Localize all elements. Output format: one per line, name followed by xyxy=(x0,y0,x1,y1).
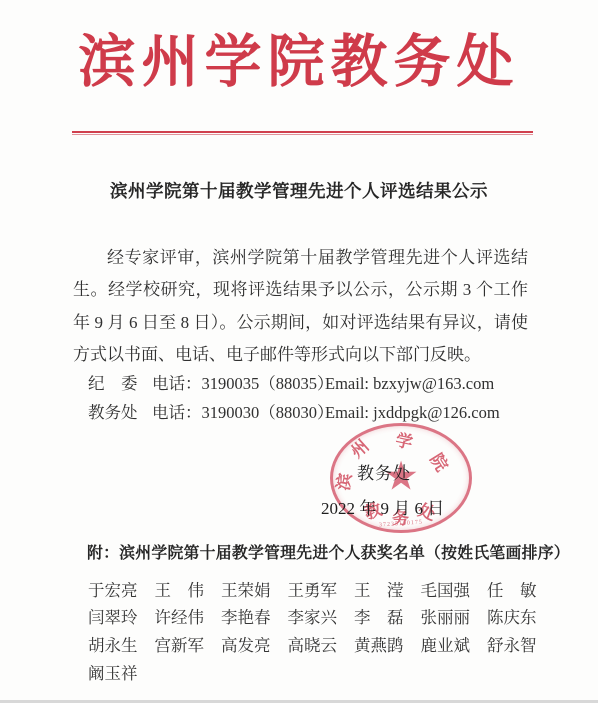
contact-email: Email: jxddpgk@126.com xyxy=(325,403,500,423)
contact-row-academic-affairs: 教务处 电话：3190030（88030） Email: jxddpgk@126… xyxy=(88,399,548,423)
awardee-name: 宫新军 xyxy=(155,632,205,656)
contact-phone: 电话：3190030（88030） xyxy=(152,399,325,423)
awardee-name: 许经伟 xyxy=(155,604,205,628)
awardee-name: 于宏亮 xyxy=(88,577,138,601)
name-row: 于宏亮 王 伟 王荣娟 王勇军 王 滢 毛国强 任 敏 xyxy=(88,575,548,603)
awardee-name: 王荣娟 xyxy=(221,577,271,601)
paragraph-line: 年 9 月 6 日至 8 日）。公示期间，如对评选结果有异议，请使用实名 xyxy=(73,307,528,339)
document-title: 滨州学院第十届教学管理先进个人评选结果公示 xyxy=(0,178,598,203)
awardee-name: 王 滢 xyxy=(354,577,404,601)
attachment-heading: 附：滨州学院第十届教学管理先进个人获奖名单（按姓氏笔画排序） xyxy=(87,540,570,563)
contact-row-discipline-committee: 纪 委 电话：3190035（88035） Email: bzxyjw@163.… xyxy=(88,370,548,394)
awardee-name: 李艳春 xyxy=(221,604,271,628)
signature-date: 2022 年 9 月 6 日 xyxy=(321,494,444,519)
name-row: 胡永生 宫新军 高发亮 高晓云 黄燕鹍 鹿业斌 舒永智 xyxy=(88,630,548,658)
awardee-name: 李家兴 xyxy=(288,604,338,628)
awardee-name: 任 敏 xyxy=(487,577,537,601)
body-paragraph: 经专家评审，滨州学院第十届教学管理先进个人评选结果已经产 生。经学校研究，现将评… xyxy=(73,242,528,372)
awardee-name: 舒永智 xyxy=(487,632,537,656)
awardee-name: 毛国强 xyxy=(421,577,471,601)
awardee-name: 黄燕鹍 xyxy=(354,632,404,656)
contact-dept: 教务处 xyxy=(88,399,152,423)
awardee-name: 胡永生 xyxy=(88,632,138,656)
awardee-name: 鹿业斌 xyxy=(421,632,471,656)
contact-dept: 纪 委 xyxy=(88,370,152,394)
awardee-name: 张丽丽 xyxy=(421,604,471,628)
contact-phone: 电话：3190035（88035） xyxy=(152,370,325,394)
awardee-name: 王 伟 xyxy=(155,577,205,601)
awardee-name: 王勇军 xyxy=(288,577,338,601)
letterhead-divider xyxy=(72,131,533,135)
contact-email: Email: bzxyjw@163.com xyxy=(325,374,494,394)
award-name-list: 于宏亮 王 伟 王荣娟 王勇军 王 滢 毛国强 任 敏 闫翠玲 许经伟 李艳春 … xyxy=(88,575,548,685)
divider-line-thick xyxy=(72,131,533,133)
document-page: 滨州学院教务处 滨州学院第十届教学管理先进个人评选结果公示 经专家评审，滨州学院… xyxy=(0,0,598,703)
divider-line-thin xyxy=(72,134,533,135)
awardee-name: 高晓云 xyxy=(288,632,338,656)
awardee-name: 闫翠玲 xyxy=(88,604,138,628)
name-row: 阚玉祥 xyxy=(88,658,548,686)
name-row: 闫翠玲 许经伟 李艳春 李家兴 李 磊 张丽丽 陈庆东 xyxy=(88,603,548,631)
awardee-name: 陈庆东 xyxy=(487,604,537,628)
awardee-name: 高发亮 xyxy=(221,632,271,656)
awardee-name: 李 磊 xyxy=(354,604,404,628)
awardee-name: 阚玉祥 xyxy=(88,660,138,684)
paragraph-line: 经专家评审，滨州学院第十届教学管理先进个人评选结果已经产 xyxy=(73,242,528,274)
signature-department: 教务处 xyxy=(357,459,411,484)
letterhead-title: 滨州学院教务处 xyxy=(0,16,598,98)
paragraph-line: 生。经学校研究，现将评选结果予以公示，公示期 3 个工作日（自 2022 xyxy=(73,274,528,306)
paragraph-line: 方式以书面、电话、电子邮件等形式向以下部门反映。 xyxy=(73,339,528,371)
